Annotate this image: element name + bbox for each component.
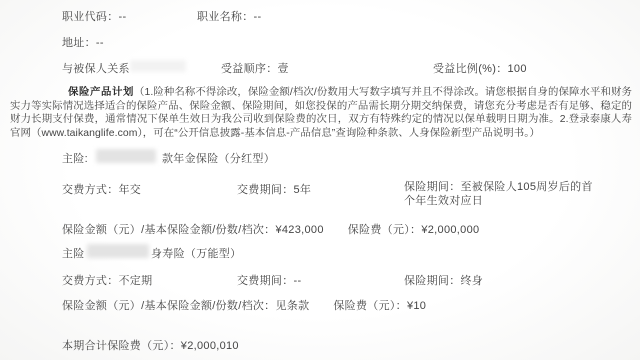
secondary-payment-term: 交费期间：-- bbox=[237, 272, 301, 288]
secondary-premium: 保险费（元）：¥10 bbox=[333, 297, 426, 313]
occupation-name-field: 职业名称：-- bbox=[197, 8, 261, 24]
plan-notice-heading: 保险产品计划 bbox=[68, 87, 134, 98]
redacted-secondary-product-name bbox=[87, 244, 149, 258]
relation-to-insured-field: 与被保人关系 bbox=[62, 60, 130, 76]
primary-amount-row: 保险金额（元）/基本保险金额/份数/档次：¥423,000 保险费（元）：¥2,… bbox=[62, 221, 479, 237]
primary-payment-method: 交费方式：年交 bbox=[62, 181, 141, 197]
secondary-sum-insured: 保险金额（元）/基本保险金额/份数/档次：见条款 bbox=[62, 297, 309, 313]
primary-product-name: 款年金保险（分红型） bbox=[162, 150, 275, 166]
insurance-policy-document: 职业代码：-- 职业名称：-- 地址：-- 与被保人关系 受益顺序：壹 受益比例… bbox=[0, 0, 640, 360]
address-field: 地址：-- bbox=[62, 34, 104, 50]
primary-premium: 保险费（元）：¥2,000,000 bbox=[348, 221, 480, 237]
primary-sum-insured: 保险金额（元）/基本保险金额/份数/档次：¥423,000 bbox=[62, 221, 324, 237]
secondary-payment-method: 交费方式：不定期 bbox=[62, 272, 152, 288]
primary-coverage-period: 保险期间：至被保险人105周岁后的首个年生效对应日 bbox=[404, 181, 602, 208]
primary-policy-label: 主险: bbox=[62, 150, 88, 166]
redacted-primary-product-name bbox=[96, 149, 156, 163]
occupation-code-field: 职业代码：-- bbox=[62, 8, 126, 24]
primary-payment-term: 交费期间：5年 bbox=[237, 181, 311, 197]
secondary-coverage-period: 保险期间：终身 bbox=[404, 272, 483, 288]
total-premium-field: 本期合计保险费（元）：¥2,000,010 bbox=[62, 337, 239, 353]
secondary-product-name: 身寿险（万能型） bbox=[151, 245, 241, 261]
redacted-relation-value bbox=[130, 60, 186, 72]
secondary-policy-label: 主险 bbox=[62, 245, 85, 261]
benefit-order-field: 受益顺序：壹 bbox=[221, 60, 289, 76]
benefit-ratio-field: 受益比例(%)：100 bbox=[433, 60, 527, 76]
secondary-amount-row: 保险金额（元）/基本保险金额/份数/档次：见条款 保险费（元）：¥10 bbox=[62, 297, 426, 313]
plan-notice: 保险产品计划（1.险种名称不得涂改，保险金额/档次/份数用大写数字填写并且不得涂… bbox=[10, 86, 632, 141]
